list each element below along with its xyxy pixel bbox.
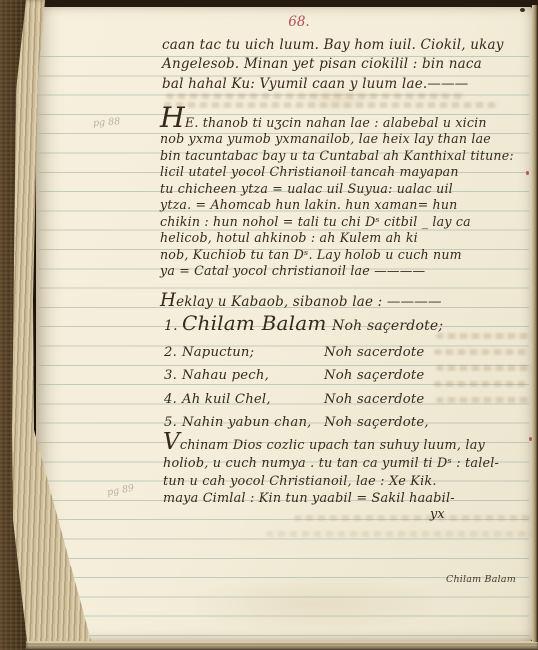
list-item-number: 4. <box>164 388 182 412</box>
text-line: maya Cimlal : Kin tun yaabil = Sakil haa… <box>163 490 538 508</box>
text-line: bal hahal Ku: Vyumil caan y luum lae.——— <box>162 75 538 94</box>
priest-list: 1.Chilam BalamNoh saçerdote; 2.Napuctun;… <box>164 310 536 435</box>
text-line: licil utatel yocol Christianoil tancah m… <box>160 164 538 180</box>
paragraph-3: Vchinam Dios cozlic upach tan suhuy luum… <box>163 437 538 508</box>
text-line: Vchinam Dios cozlic upach tan suhuy luum… <box>163 437 538 455</box>
priest-title: Noh sacerdote <box>324 345 424 360</box>
catchword: Chilam Balam <box>446 574 516 585</box>
list-item-number: 3. <box>164 364 182 388</box>
text-line: holiob, u cuch numya . tu tan ca yumil t… <box>163 455 538 473</box>
text-line: ya = Catal yocol christianoil lae ———— <box>160 263 538 279</box>
text-line: tu chicheen ytza = ualac uil Suyua: uala… <box>160 181 538 197</box>
text-line: chikin : hun nohol = tali tu chi Dˢ citb… <box>160 214 538 230</box>
text-line: bin tacuntabac bay u ta Cuntabal ah Kant… <box>160 148 538 164</box>
dark-speck <box>520 8 525 12</box>
paragraph-1: caan tac tu uich luum. Bay hom iuil. Cio… <box>162 36 538 94</box>
text-line: ytza. = Ahomcab hun lakin. hun xaman= hu… <box>160 197 538 213</box>
priest-name: Nahin yabun chan, <box>182 411 324 435</box>
priest-title: Noh sacerdote <box>324 392 424 407</box>
list-item: 3.Nahau pech,Noh saçerdote <box>164 364 536 388</box>
paragraph-3-tail: yx <box>430 507 445 522</box>
fore-edge <box>532 5 538 642</box>
list-item: 1.Chilam BalamNoh saçerdote; <box>164 310 536 341</box>
show-through-ghost <box>294 515 534 521</box>
list-item-number: 1. <box>164 313 182 341</box>
priest-title: Noh saçerdote, <box>324 415 429 430</box>
text-line: tun u cah yocol Christianoil, lae : Xe K… <box>163 473 538 491</box>
priest-name: Napuctun; <box>182 341 324 365</box>
priest-title: Noh saçerdote <box>324 368 424 383</box>
priest-name: Nahau pech, <box>182 364 324 388</box>
priest-title: Noh saçerdote; <box>332 318 443 334</box>
text-line: caan tac tu uich luum. Bay hom iuil. Cio… <box>162 36 538 55</box>
paper-stain <box>186 573 446 635</box>
list-item: 5.Nahin yabun chan,Noh saçerdote, <box>164 411 536 435</box>
text-line: nob yxma yumob yxmanailob, lae heix lay … <box>160 131 538 147</box>
text-line: Angelesob. Minan yet pisan ciokilil : bi… <box>162 55 538 74</box>
list-item: 2.Napuctun;Noh sacerdote <box>164 341 536 365</box>
text-line: nob, Kuchiob tu tan Dˢ. Lay holob u cuch… <box>160 247 538 263</box>
folio-number: 68. <box>276 14 322 30</box>
priest-name: Chilam Balam <box>182 310 332 338</box>
book-photo: 68. pg 88 pg 89 caan tac tu uich luum. B… <box>0 0 538 650</box>
show-through-ghost <box>266 531 532 537</box>
text-line: helicob, hotul ahkinob : ah Kulem ah ki <box>160 230 538 246</box>
list-header: Heklay u Kabaob, sibanob lae : ———— <box>160 290 442 311</box>
paragraph-2: HE. thanob ti uʒcin nahan lae : alabebal… <box>160 111 538 280</box>
list-item-number: 2. <box>164 341 182 365</box>
manuscript-page: 68. pg 88 pg 89 caan tac tu uich luum. B… <box>36 7 532 641</box>
text-line: HE. thanob ti uʒcin nahan lae : alabebal… <box>160 111 538 131</box>
bottom-page-edges <box>26 641 538 650</box>
priest-name: Ah kuil Chel, <box>182 388 324 412</box>
list-item: 4.Ah kuil Chel,Noh sacerdote <box>164 388 536 412</box>
pencil-margin-note-top: pg 88 <box>93 116 121 129</box>
